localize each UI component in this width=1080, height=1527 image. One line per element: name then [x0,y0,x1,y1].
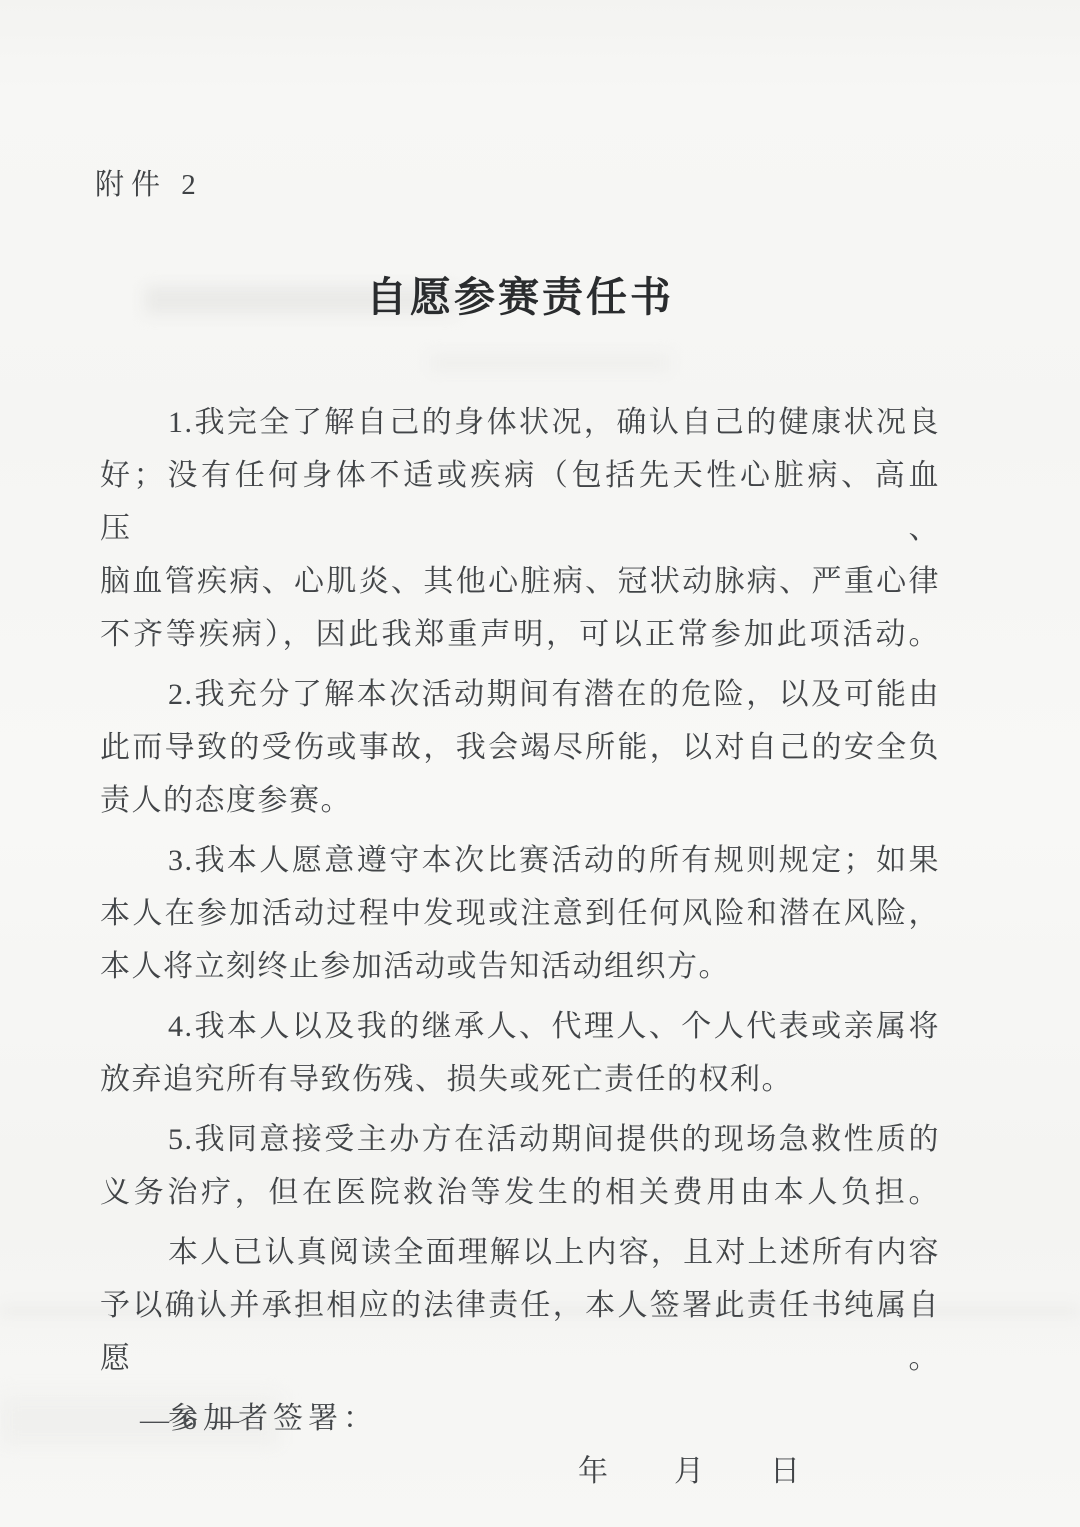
text-line: 5.我同意接受主办方在活动期间提供的现场急救性质的 [100,1113,940,1166]
scan-artifact [430,355,670,371]
text-line: 本人将立刻终止参加活动或告知活动组织方。 [100,940,940,993]
document-page: 附件 2 自愿参赛责任书 1.我完全了解自己的身体状况，确认自己的健康状况良 好… [0,0,1080,1527]
text-line: 放弃追究所有导致伤残、损失或死亡责任的权利。 [100,1053,940,1106]
paragraph-1: 1.我完全了解自己的身体状况，确认自己的健康状况良 好；没有任何身体不适或疾病（… [100,396,940,661]
paragraph-4: 4.我本人以及我的继承人、代理人、个人代表或亲属将 放弃追究所有导致伤残、损失或… [100,1000,940,1106]
text-line: 不齐等疾病），因此我郑重声明，可以正常参加此项活动。 [100,608,940,661]
text-line: 予以确认并承担相应的法律责任，本人签署此责任书纯属自愿。 [100,1279,940,1385]
paragraph-closing: 本人已认真阅读全面理解以上内容，且对上述所有内容 予以确认并承担相应的法律责任，… [100,1226,940,1385]
paragraph-2: 2.我充分了解本次活动期间有潜在的危险，以及可能由 此而导致的受伤或事故，我会竭… [100,668,940,827]
text-line: 好；没有任何身体不适或疾病（包括先天性心脏病、高血压、 [100,449,940,555]
text-line: 1.我完全了解自己的身体状况，确认自己的健康状况良 [100,396,940,449]
text-line: 责人的态度参赛。 [100,774,940,827]
document-title: 自愿参赛责任书 [100,270,940,324]
text-line: 本人在参加活动过程中发现或注意到任何风险和潜在风险， [100,887,940,940]
text-line: 义务治疗，但在医院救治等发生的相关费用由本人负担。 [100,1166,940,1219]
document-body: 1.我完全了解自己的身体状况，确认自己的健康状况良 好；没有任何身体不适或疾病（… [100,396,940,1498]
text-line: 3.我本人愿意遵守本次比赛活动的所有规则规定；如果 [100,834,940,887]
text-line: 4.我本人以及我的继承人、代理人、个人代表或亲属将 [100,1000,940,1053]
paragraph-5: 5.我同意接受主办方在活动期间提供的现场急救性质的 义务治疗，但在医院救治等发生… [100,1113,940,1219]
page-number: — 6 — [140,1402,242,1438]
text-line: 2.我充分了解本次活动期间有潜在的危险，以及可能由 [100,668,940,721]
text-line: 此而导致的受伤或事故，我会竭尽所能，以对自己的安全负 [100,721,940,774]
text-line: 脑血管疾病、心肌炎、其他心脏病、冠状动脉病、严重心律 [100,555,940,608]
paragraph-3: 3.我本人愿意遵守本次比赛活动的所有规则规定；如果 本人在参加活动过程中发现或注… [100,834,940,993]
date-line: 年 月 日 [100,1445,940,1498]
attachment-label: 附件 2 [95,166,203,204]
text-line: 本人已认真阅读全面理解以上内容，且对上述所有内容 [100,1226,940,1279]
